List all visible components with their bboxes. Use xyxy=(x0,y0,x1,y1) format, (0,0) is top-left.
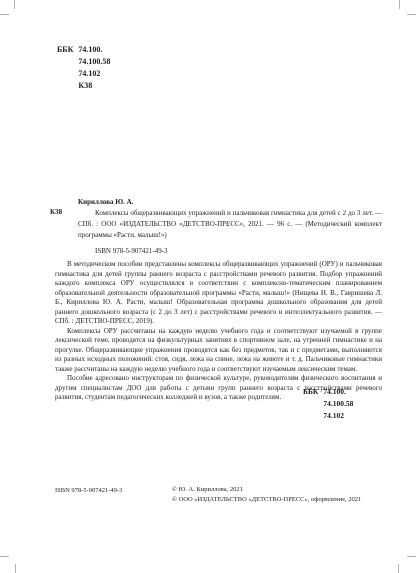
copyright-block: © Ю. А. Кириллова, 2021 © ООО «ИЗДАТЕЛЬС… xyxy=(172,485,361,504)
annotation-paragraph: В методическом пособии представлены комп… xyxy=(55,260,382,327)
author-name: Кириллова Ю. А. xyxy=(78,197,382,208)
bbk-label: ББК xyxy=(303,386,318,422)
author-sign-code: К38 xyxy=(50,208,62,216)
crop-mark-top-right-vertical xyxy=(399,0,400,9)
crop-mark-bottom-right-horizontal xyxy=(407,556,416,557)
catalog-record: Кириллова Ю. А. Комплексы общеразвивающи… xyxy=(78,197,382,257)
bbk-code-line: 74.100. xyxy=(323,386,353,398)
bbk-classification-top: ББК 74.100. 74.100.58 74.102 К38 xyxy=(57,44,110,92)
copyright-author: © Ю. А. Кириллова, 2021 xyxy=(172,485,361,495)
crop-mark-bottom-left-horizontal xyxy=(0,556,9,557)
crop-mark-bottom-left-vertical xyxy=(15,564,16,573)
isbn-record: ISBN 978-5-907421-49-3 xyxy=(95,246,382,257)
crop-mark-top-right-horizontal xyxy=(407,14,416,15)
bbk-code-line: 74.102 xyxy=(78,68,110,80)
bbk-label: ББК xyxy=(57,44,73,92)
annotation-paragraph: Комплексы ОРУ рассчитаны на каждую недел… xyxy=(55,327,382,375)
bbk-code-line: 74.100. xyxy=(78,44,110,56)
book-copyright-page: ББК 74.100. 74.100.58 74.102 К38 К38 Кир… xyxy=(0,0,416,573)
bbk-codes: 74.100. 74.100.58 74.102 xyxy=(323,386,353,422)
crop-mark-top-left-horizontal xyxy=(0,14,9,15)
bbk-code-line: 74.102 xyxy=(323,410,353,422)
bibliographic-description: Комплексы общеразвивающих упражнений и п… xyxy=(78,208,382,241)
footer-isbn: ISBN 978-5-907421-49-3 xyxy=(55,487,122,494)
crop-mark-top-left-vertical xyxy=(14,0,15,9)
bbk-code-line: К38 xyxy=(78,80,110,92)
bbk-code-line: 74.100.58 xyxy=(323,398,353,410)
crop-mark-bottom-right-vertical xyxy=(398,564,399,573)
bbk-code-line: 74.100.58 xyxy=(78,56,110,68)
bbk-codes: 74.100. 74.100.58 74.102 К38 xyxy=(78,44,110,92)
copyright-publisher: © ООО «ИЗДАТЕЛЬСТВО «ДЕТСТВО-ПРЕСС», офо… xyxy=(172,495,361,505)
annotation: В методическом пособии представлены комп… xyxy=(55,260,382,403)
bbk-classification-bottom: ББК 74.100. 74.100.58 74.102 xyxy=(303,386,353,422)
